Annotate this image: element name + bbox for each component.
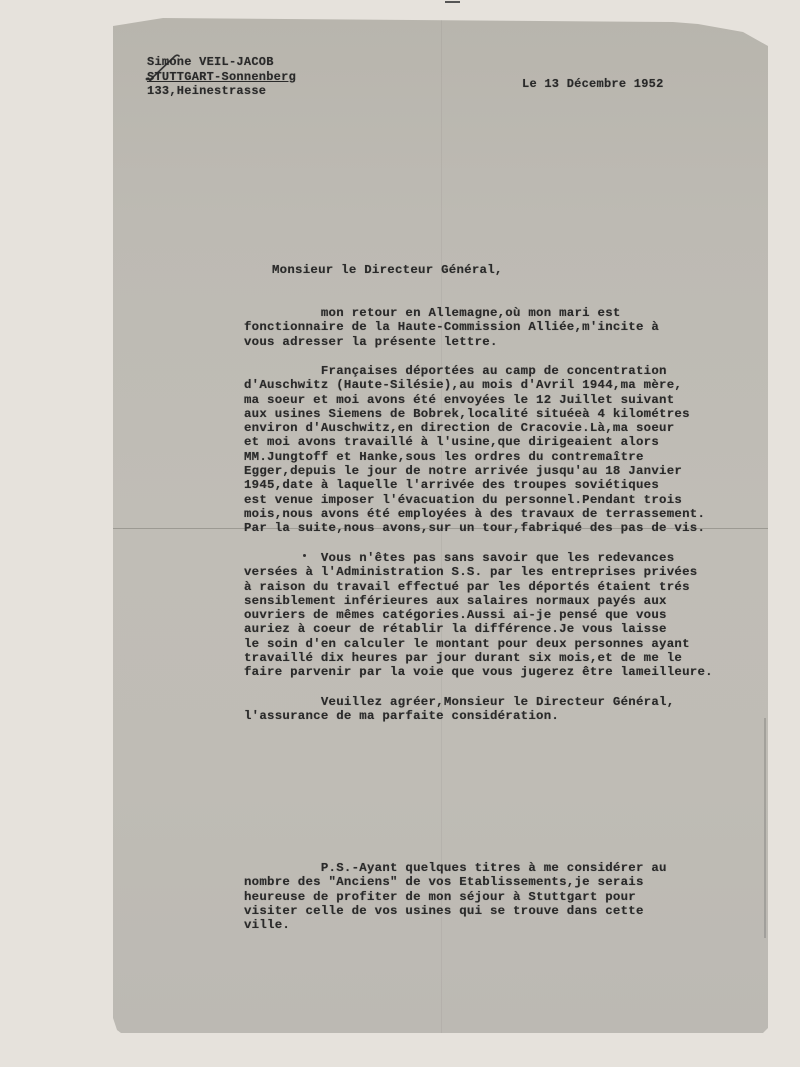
paragraph-1: mon retour en Allemagne,où mon mari est … (244, 306, 659, 349)
postscript: P.S.-Ayant quelques titres à me considér… (244, 861, 667, 932)
line: Françaises déportées au camp de concentr… (244, 364, 667, 378)
line: environ d'Auschwitz,en direction de Crac… (244, 421, 674, 435)
line: vous adresser la présente lettre. (244, 335, 498, 349)
line: est venue imposer l'évacuation du person… (244, 493, 682, 507)
paragraph-2: Françaises déportées au camp de concentr… (244, 364, 705, 536)
line: mois,nous avons été employées à des trav… (244, 507, 705, 521)
sender-city: STUTTGART-Sonnenberg (147, 70, 296, 84)
line: ma soeur et moi avons été envoyées le 12… (244, 393, 674, 407)
line: MM.Jungtoff et Hanke,sous les ordres du … (244, 450, 644, 464)
sender-name: Simone VEIL-JACOB (147, 55, 274, 69)
line: l'assurance de ma parfaite considération… (244, 709, 559, 723)
line: heureuse de profiter de mon séjour à Stu… (244, 890, 636, 904)
salutation: Monsieur le Directeur Général, (272, 263, 503, 277)
line: auriez à coeur de rétablir la différence… (244, 622, 667, 636)
letter-date: Le 13 Décembre 1952 (522, 77, 664, 91)
top-edge-mark (445, 1, 460, 3)
line: Vous n'êtes pas sans savoir que les rede… (244, 551, 674, 565)
letter-paper: Simone VEIL-JACOB STUTTGART-Sonnenberg 1… (113, 18, 768, 1033)
line: sensiblement inférieures aux salaires no… (244, 594, 667, 608)
line: Par la suite,nous avons,sur un tour,fabr… (244, 521, 705, 535)
line: Egger,depuis le jour de notre arrivée ju… (244, 464, 682, 478)
line: le soin d'en calculer le montant pour de… (244, 637, 690, 651)
paragraph-3: Vous n'êtes pas sans savoir que les rede… (244, 551, 713, 680)
line: Veuillez agréer,Monsieur le Directeur Gé… (244, 695, 674, 709)
line: visiter celle de vos usines qui se trouv… (244, 904, 644, 918)
line: et moi avons travaillé à l'usine,que dir… (244, 435, 659, 449)
line: versées à l'Administration S.S. par les … (244, 565, 697, 579)
line: faire parvenir par la voie que vous juge… (244, 665, 713, 679)
line: 1945,date à laquelle l'arrivée des troup… (244, 478, 659, 492)
sender-street: 133,Heinestrasse (147, 84, 266, 98)
line: ville. (244, 918, 290, 932)
line: travaillé dix heures par jour durant six… (244, 651, 682, 665)
line: à raison du travail effectué par les dép… (244, 580, 690, 594)
line: aux usines Siemens de Bobrek,localité si… (244, 407, 690, 421)
line: d'Auschwitz (Haute-Silésie),au mois d'Av… (244, 378, 682, 392)
right-edge-shadow (764, 718, 766, 938)
line: P.S.-Ayant quelques titres à me considér… (244, 861, 667, 875)
line: ouvriers de mêmes catégories.Aussi ai-je… (244, 608, 667, 622)
closing-formula: Veuillez agréer,Monsieur le Directeur Gé… (244, 695, 674, 724)
line: mon retour en Allemagne,où mon mari est (244, 306, 621, 320)
line: nombre des "Anciens" de vos Etablissemen… (244, 875, 644, 889)
line: fonctionnaire de la Haute-Commission All… (244, 320, 659, 334)
sender-address: Simone VEIL-JACOB STUTTGART-Sonnenberg 1… (147, 55, 296, 99)
